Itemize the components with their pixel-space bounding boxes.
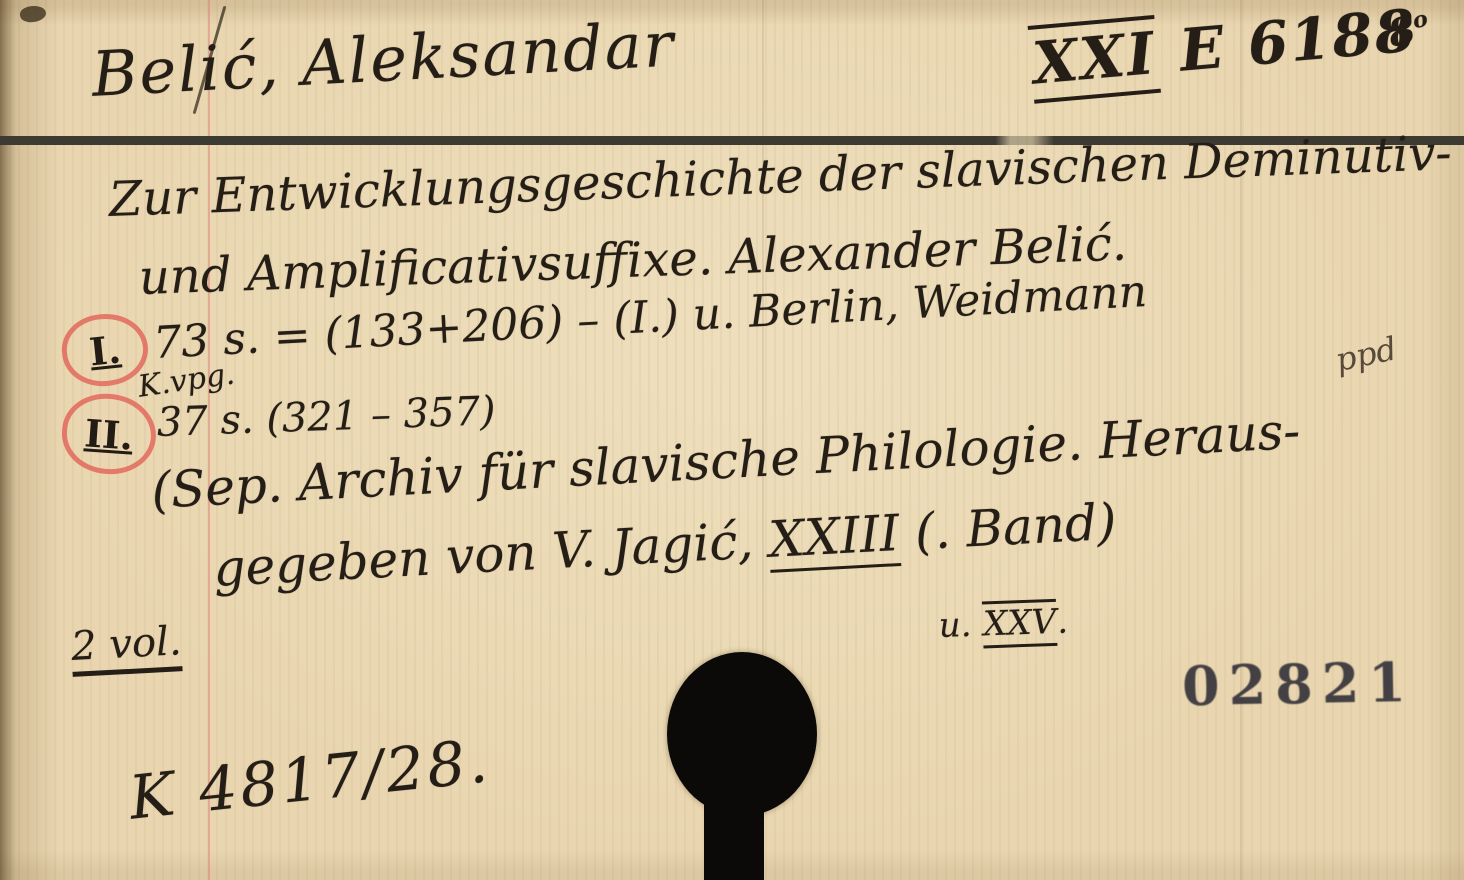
shelfmark: XXI E 6188 [1028,0,1420,98]
format-mark: 8o [1384,3,1434,56]
number-stamp: 02821 [1181,650,1415,718]
roman-numeral-I: I. [87,326,123,374]
series-volume-xxiii: XXIII [767,504,901,573]
ink-smudge [19,4,47,23]
shelfmark-series: XXI [1028,15,1161,104]
accession-number: K 4817/28. [126,726,494,833]
shelfmark-number: E 6188 [1155,0,1420,87]
series-note-line-3: u. XXV. [938,601,1069,645]
catalog-card: Belić, Aleksandar XXI E 6188 8o Zur Entw… [0,0,1464,880]
series-volume-xxv: XXV [981,599,1058,649]
author-heading: Belić, Aleksandar [90,7,677,110]
punch-hole-slot [704,792,764,880]
pencil-note: ppd [1332,329,1400,379]
series-note-line3-suffix: . [1056,601,1068,641]
scan-edge-shadow [0,0,16,880]
series-note-line3-prefix: u. [938,604,983,645]
volume-count: 2 vol. [70,618,183,677]
series-note-line2-prefix: gegeben von V. Jagić, [212,511,770,598]
series-note-line2-suffix: (. Band) [898,493,1118,562]
roman-numeral-II: II. [83,410,135,458]
